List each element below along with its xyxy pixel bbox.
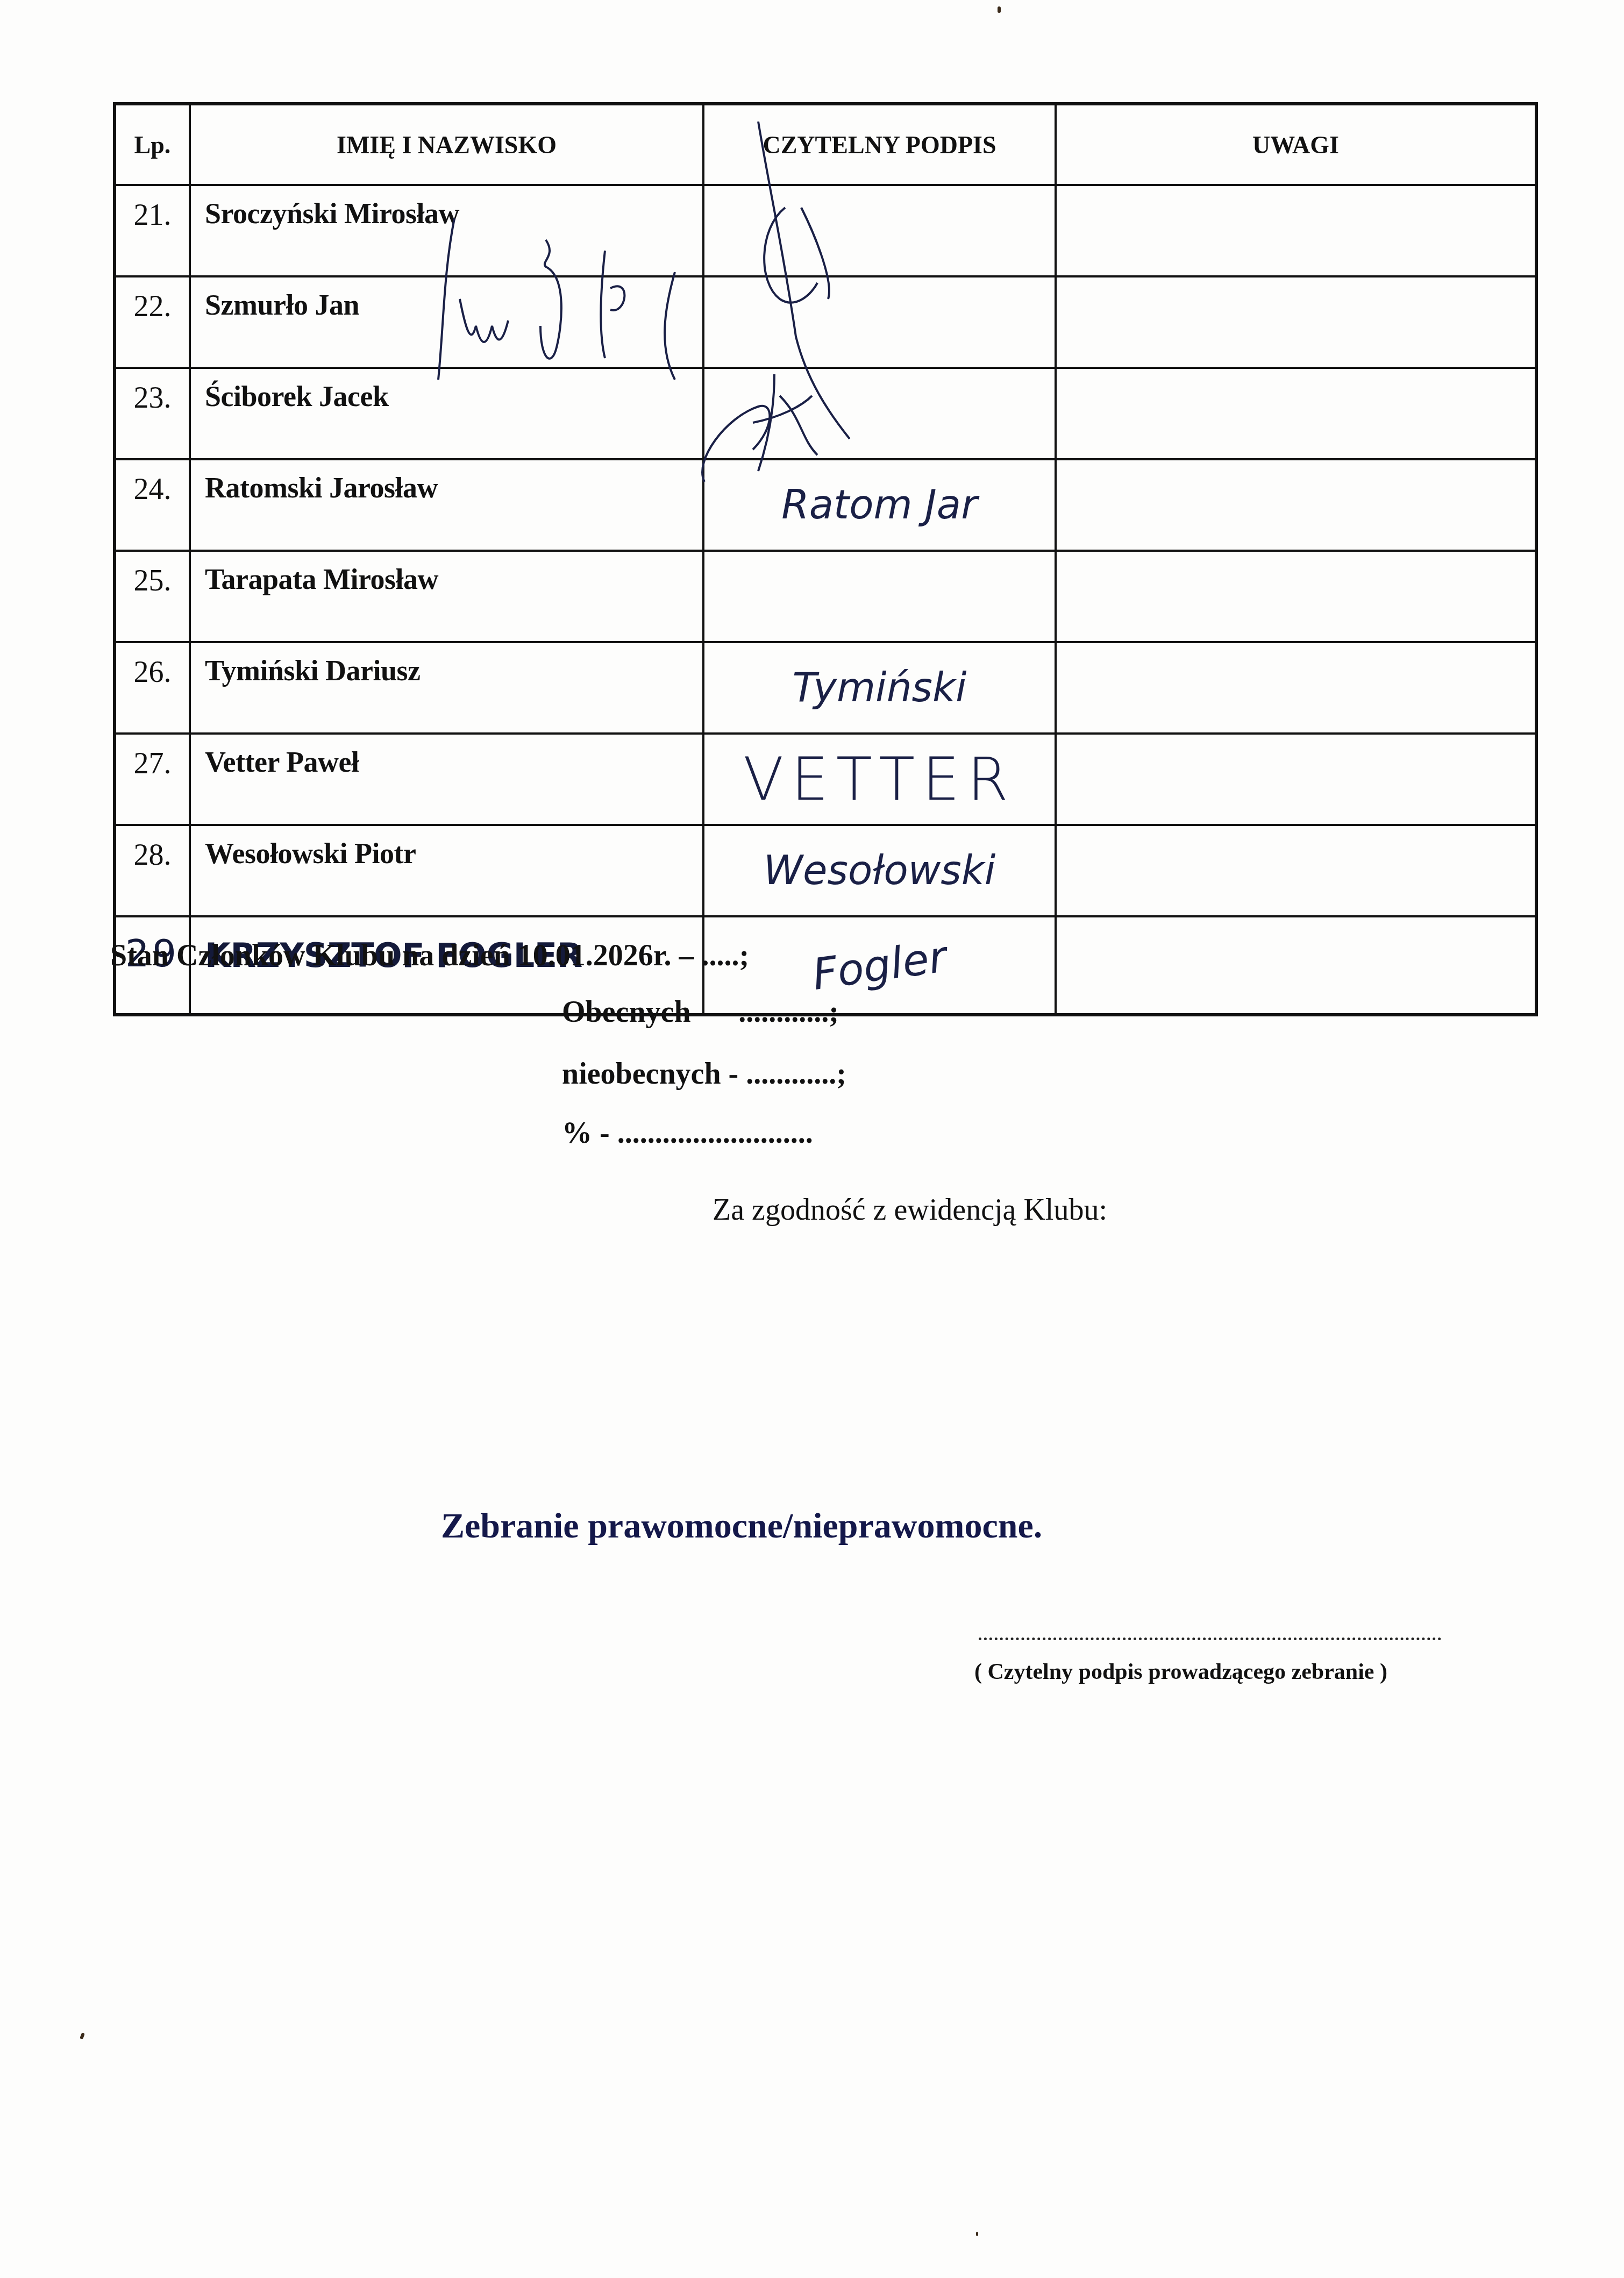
document-page: Lp. IMIĘ I NAZWISKO CZYTELNY PODPIS UWAG… — [0, 0, 1624, 2278]
notes-cell — [1056, 825, 1536, 916]
row-number: 28. — [115, 825, 190, 916]
member-name: Szmurło Jan — [190, 276, 703, 368]
row-number: 22. — [115, 276, 190, 368]
signature-cell — [703, 185, 1056, 276]
scan-speck — [998, 6, 1001, 13]
meeting-validity: Zebranie prawomocne/nieprawomocne. — [441, 1506, 1042, 1547]
table-row: 24. Ratomski Jarosław Ratom Jar — [115, 459, 1536, 551]
present-count-line: Obecnych - ............; — [562, 995, 839, 1029]
table-row: 27. Vetter Paweł VETTER — [115, 734, 1536, 825]
notes-cell — [1056, 551, 1536, 642]
signature-cell: Tymiński — [703, 642, 1056, 734]
header-notes: UWAGI — [1056, 104, 1536, 185]
row-number: 26. — [115, 642, 190, 734]
signature-cell — [703, 368, 1056, 459]
member-name: Tarapata Mirosław — [190, 551, 703, 642]
row-number: 25. — [115, 551, 190, 642]
absent-count-line: nieobecnych - ............; — [562, 1057, 846, 1091]
member-name-text: Szmurło Jan — [205, 289, 359, 321]
table-row: 25. Tarapata Mirosław — [115, 551, 1536, 642]
notes-cell — [1056, 642, 1536, 734]
scan-speck — [80, 2032, 85, 2039]
signature-text: Ratom Jar — [704, 460, 1055, 550]
signature-cell: Ratom Jar — [703, 459, 1056, 551]
signature-caption: ( Czytelny podpis prowadzącego zebranie … — [974, 1659, 1387, 1685]
member-name: Vetter Paweł — [190, 734, 703, 825]
scan-speck — [976, 2232, 978, 2236]
row-number: 24. — [115, 459, 190, 551]
notes-cell — [1056, 734, 1536, 825]
member-name: Ratomski Jarosław — [190, 459, 703, 551]
row-number: 23. — [115, 368, 190, 459]
notes-cell — [1056, 916, 1536, 1015]
signature-text: Tymiński — [704, 643, 1055, 732]
row-number: 27. — [115, 734, 190, 825]
row-number: 21. — [115, 185, 190, 276]
notes-cell — [1056, 276, 1536, 368]
conformity-statement: Za zgodność z ewidencją Klubu: — [713, 1193, 1107, 1227]
signature-scribble-icon — [422, 218, 702, 390]
header-name: IMIĘ I NAZWISKO — [190, 104, 703, 185]
signature-cell — [703, 551, 1056, 642]
signature-cell — [703, 276, 1056, 368]
table-row: 23. Ściborek Jacek — [115, 368, 1536, 459]
member-name: Wesołowski Piotr — [190, 825, 703, 916]
table-row: 22. Szmurło Jan — [115, 276, 1536, 368]
header-lp: Lp. — [115, 104, 190, 185]
table-row: 26. Tymiński Dariusz Tymiński — [115, 642, 1536, 734]
notes-cell — [1056, 459, 1536, 551]
signature-cell: VETTER — [703, 734, 1056, 825]
notes-cell — [1056, 368, 1536, 459]
attendance-table: Lp. IMIĘ I NAZWISKO CZYTELNY PODPIS UWAG… — [113, 102, 1538, 1016]
percent-line: % - .......................... — [562, 1116, 813, 1150]
signature-line — [979, 1638, 1441, 1640]
members-count-line: Stan Członków Klubu na dzień 10.01.2026r… — [110, 938, 749, 973]
table-row: 28. Wesołowski Piotr Wesołowski — [115, 825, 1536, 916]
table-row: 21. Sroczyński Mirosław — [115, 185, 1536, 276]
notes-cell — [1056, 185, 1536, 276]
member-name: Tymiński Dariusz — [190, 642, 703, 734]
signature-text: VETTER — [704, 735, 1055, 824]
